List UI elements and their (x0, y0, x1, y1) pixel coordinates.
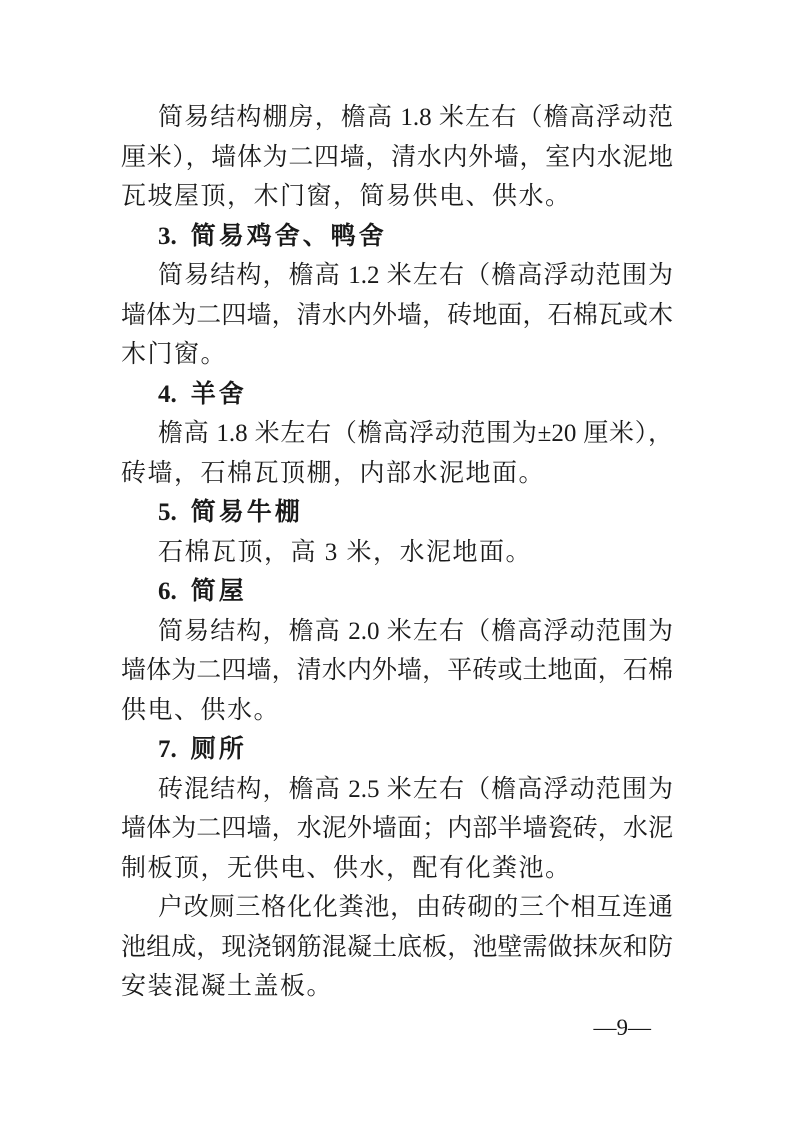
section-heading: 3.简易鸡舍、鸭舍 (121, 217, 673, 257)
text-line: 墙体为二四墙，清水内外墙，平砖或土地面，石棉瓦顶，无 (121, 651, 673, 691)
text-line: 制板顶，无供电、供水，配有化粪池。 (121, 849, 673, 889)
text-line: 石棉瓦顶，高 3 米，水泥地面。 (121, 533, 673, 573)
section-title: 简易鸡舍、鸭舍 (191, 222, 387, 250)
section-number: 7. (158, 736, 177, 763)
page-number: —9— (0, 1008, 651, 1048)
text-line: 简易结构，檐高 2.0 米左右（檐高浮动范围为±20 厘米）， (121, 612, 673, 652)
section-heading: 5.简易牛棚 (121, 493, 673, 533)
text-line: 木门窗。 (121, 335, 673, 375)
section-number: 5. (158, 499, 177, 526)
section-title: 简屋 (191, 577, 247, 605)
text-line: 供电、供水。 (121, 691, 673, 731)
text-line: 户改厕三格化化粪池，由砖砌的三个相互连通的密封粪 (121, 888, 673, 928)
text-line: 砖混结构，檐高 2.5 米左右（檐高浮动范围为±20 厘米）， (121, 770, 673, 810)
section-heading: 6.简屋 (121, 572, 673, 612)
section-title: 简易牛棚 (191, 498, 303, 526)
text-line: 简易结构棚房，檐高 1.8 米左右（檐高浮动范围为±20 (121, 98, 673, 138)
section-heading: 4.羊舍 (121, 375, 673, 415)
text-line: 池组成，现浇钢筋混凝土底板，池壁需做抹灰和防水处理， (121, 928, 673, 968)
text-line: 墙体为二四墙，清水内外墙，砖地面，石棉瓦或木板屋顶， (121, 296, 673, 336)
section-title: 厕所 (191, 735, 247, 763)
text-line: 瓦坡屋顶，木门窗，简易供电、供水。 (121, 177, 673, 217)
text-line: 厘米），墙体为二四墙，清水内外墙，室内水泥地面，石棉 (121, 138, 673, 178)
text-line: 简易结构，檐高 1.2 米左右（檐高浮动范围为±20 厘米）， (121, 256, 673, 296)
section-number: 6. (158, 578, 177, 605)
document-page: 简易结构棚房，檐高 1.8 米左右（檐高浮动范围为±20厘米），墙体为二四墙，清… (0, 0, 793, 1122)
text-line: 墙体为二四墙，水泥外墙面；内部半墙瓷砖，水泥地面，预 (121, 809, 673, 849)
section-heading: 7.厕所 (121, 730, 673, 770)
text-line: 砖墙，石棉瓦顶棚，内部水泥地面。 (121, 454, 673, 494)
text-line: 檐高 1.8 米左右（檐高浮动范围为±20 厘米），三面清水 (121, 414, 673, 454)
section-number: 3. (158, 223, 177, 250)
section-title: 羊舍 (191, 380, 247, 408)
text-line: 安装混凝土盖板。 (121, 967, 673, 1007)
section-number: 4. (158, 381, 177, 408)
document-body: 简易结构棚房，檐高 1.8 米左右（檐高浮动范围为±20厘米），墙体为二四墙，清… (121, 98, 673, 1007)
